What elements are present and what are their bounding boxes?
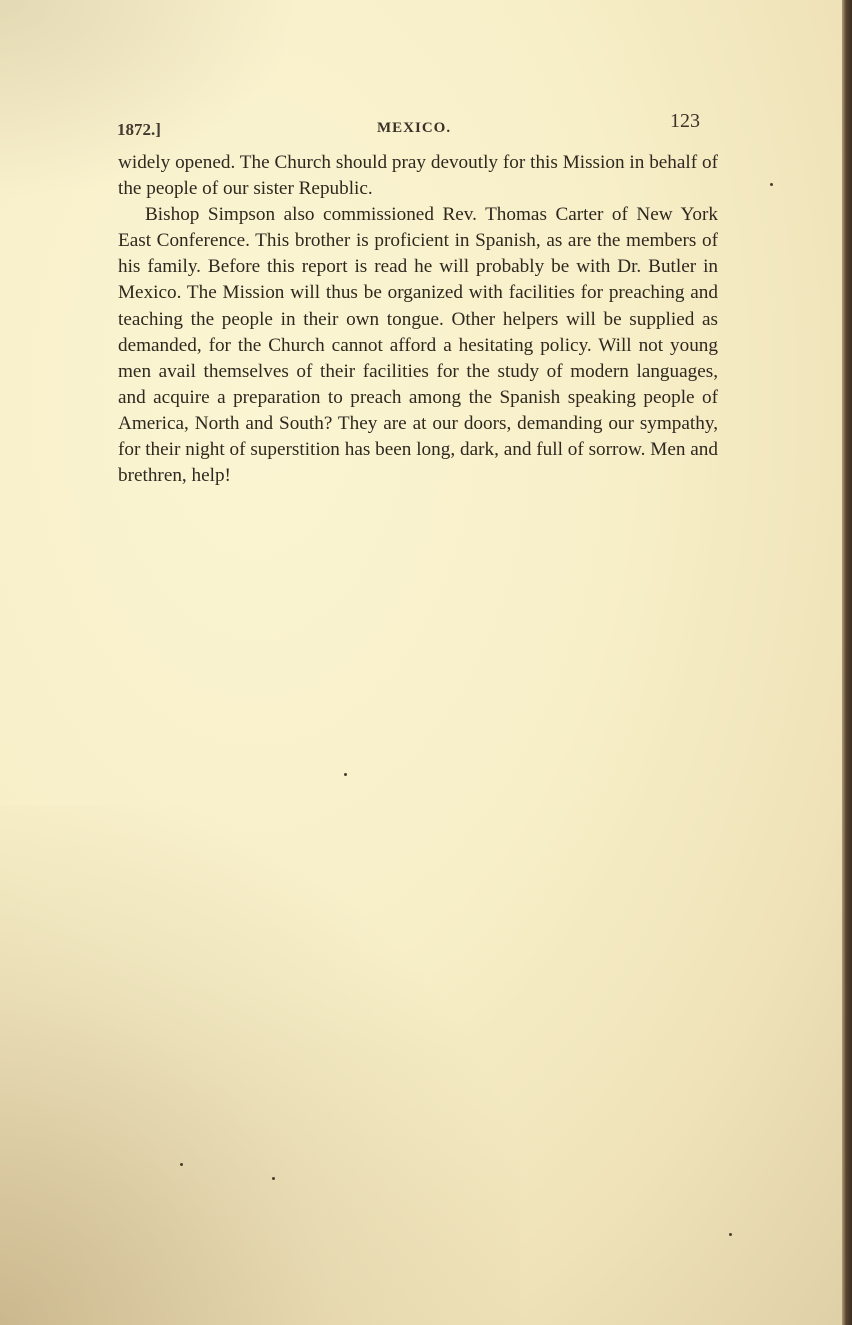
running-head-title: MEXICO.	[377, 120, 451, 137]
body-text: widely opened. The Church should pray de…	[118, 150, 718, 489]
running-head: 1872.] MEXICO. 123	[117, 110, 717, 140]
paper-speck	[344, 773, 347, 776]
paragraph: Bishop Simpson also commissioned Rev. Th…	[118, 202, 718, 489]
book-spine-edge	[842, 0, 852, 1325]
running-head-year: 1872.]	[117, 120, 161, 140]
paragraph-continued: widely opened. The Church should pray de…	[118, 150, 718, 202]
book-page: 1872.] MEXICO. 123 widely opened. The Ch…	[0, 0, 852, 1325]
paper-speck	[180, 1163, 183, 1166]
paper-speck	[729, 1233, 732, 1236]
page-number: 123	[670, 110, 700, 133]
paper-speck	[770, 183, 773, 186]
paper-speck	[272, 1177, 275, 1180]
